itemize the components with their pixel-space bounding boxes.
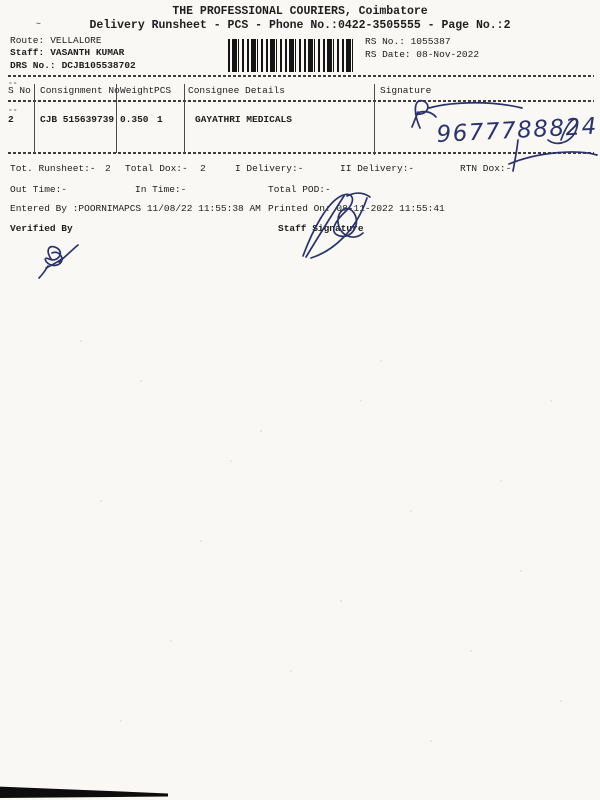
staff-value: VASANTH KUMAR [50,47,124,58]
table-column-divider [374,84,375,155]
rs-no: RS No.: 1055387 [365,37,451,48]
total-dox-label: Total Dox:- [125,164,188,175]
i-delivery-label: I Delivery:- [235,164,303,175]
rs-date: RS Date: 08-Nov-2022 [365,50,479,61]
table-column-divider [184,84,185,153]
dashed-separator-header [8,100,594,102]
row-pcs: 1 [157,115,163,126]
table-column-divider [34,84,35,153]
staff-line: Staff:VASANTH KUMAR [10,48,124,59]
row-consignment-no: CJB 515639739 [40,115,114,126]
total-dox-value: 2 [200,164,206,175]
drs-label: DRS No.: [10,60,56,71]
row-weight: 0.350 [120,115,149,126]
tot-runsheet-label: Tot. Runsheet:- [10,164,96,175]
in-time-label: In Time:- [135,185,186,196]
dashed-separator-top [8,75,594,77]
out-time-label: Out Time:- [10,185,67,196]
row-sno: 2 [8,115,14,126]
company-title: THE PROFESSIONAL COURIERS, Coimbatore [0,5,600,18]
consignee-signature-flourish [412,101,597,171]
dashed-separator-row [8,152,594,154]
col-header-signature: Signature [380,86,431,97]
col-header-pcs: PCS [154,86,171,97]
table-column-divider [116,84,117,153]
entered-by-line: Entered By :POORNIMAPCS 11/08/22 11:55:3… [10,204,261,215]
drs-barcode-icon [228,39,356,72]
route-label: Route: [10,35,44,46]
tot-runsheet-value: 2 [105,164,111,175]
scan-edge-artifact [0,786,168,798]
scanned-delivery-runsheet: { "document": { "title_line1": "THE PROF… [0,0,600,800]
staff-label: Staff: [10,47,44,58]
verified-by-label: Verified By [10,224,73,235]
col-header-consignee: Consignee Details [188,86,285,97]
runsheet-title: Delivery Runsheet - PCS - Phone No.:0422… [0,19,600,32]
drs-line: DRS No.:DCJB105538702 [10,61,136,72]
total-pod-label: Total POD:- [268,185,331,196]
paper-speckle [80,340,82,342]
drs-value: DCJB105538702 [62,60,136,71]
route-line: Route:VELLALORE [10,36,102,47]
route-value: VELLALORE [50,35,101,46]
ii-delivery-label: II Delivery:- [340,164,414,175]
handwritten-phone-number: 9677788824 [436,114,598,148]
staff-signature-label: Staff Signature [278,224,364,235]
col-header-sno: S No [8,86,31,97]
rtn-dox-label: RTN Dox:- [460,164,511,175]
scan-tilde-artifact: ~ [36,20,41,29]
col-header-weight: Weight [120,86,154,97]
row-consignee: GAYATHRI MEDICALS [195,115,292,126]
verified-by-scribble [39,245,78,278]
printed-on-line: Printed On: 08-11-2022 11:55:41 [268,204,445,215]
col-header-consignment: Consignment No [40,86,120,97]
